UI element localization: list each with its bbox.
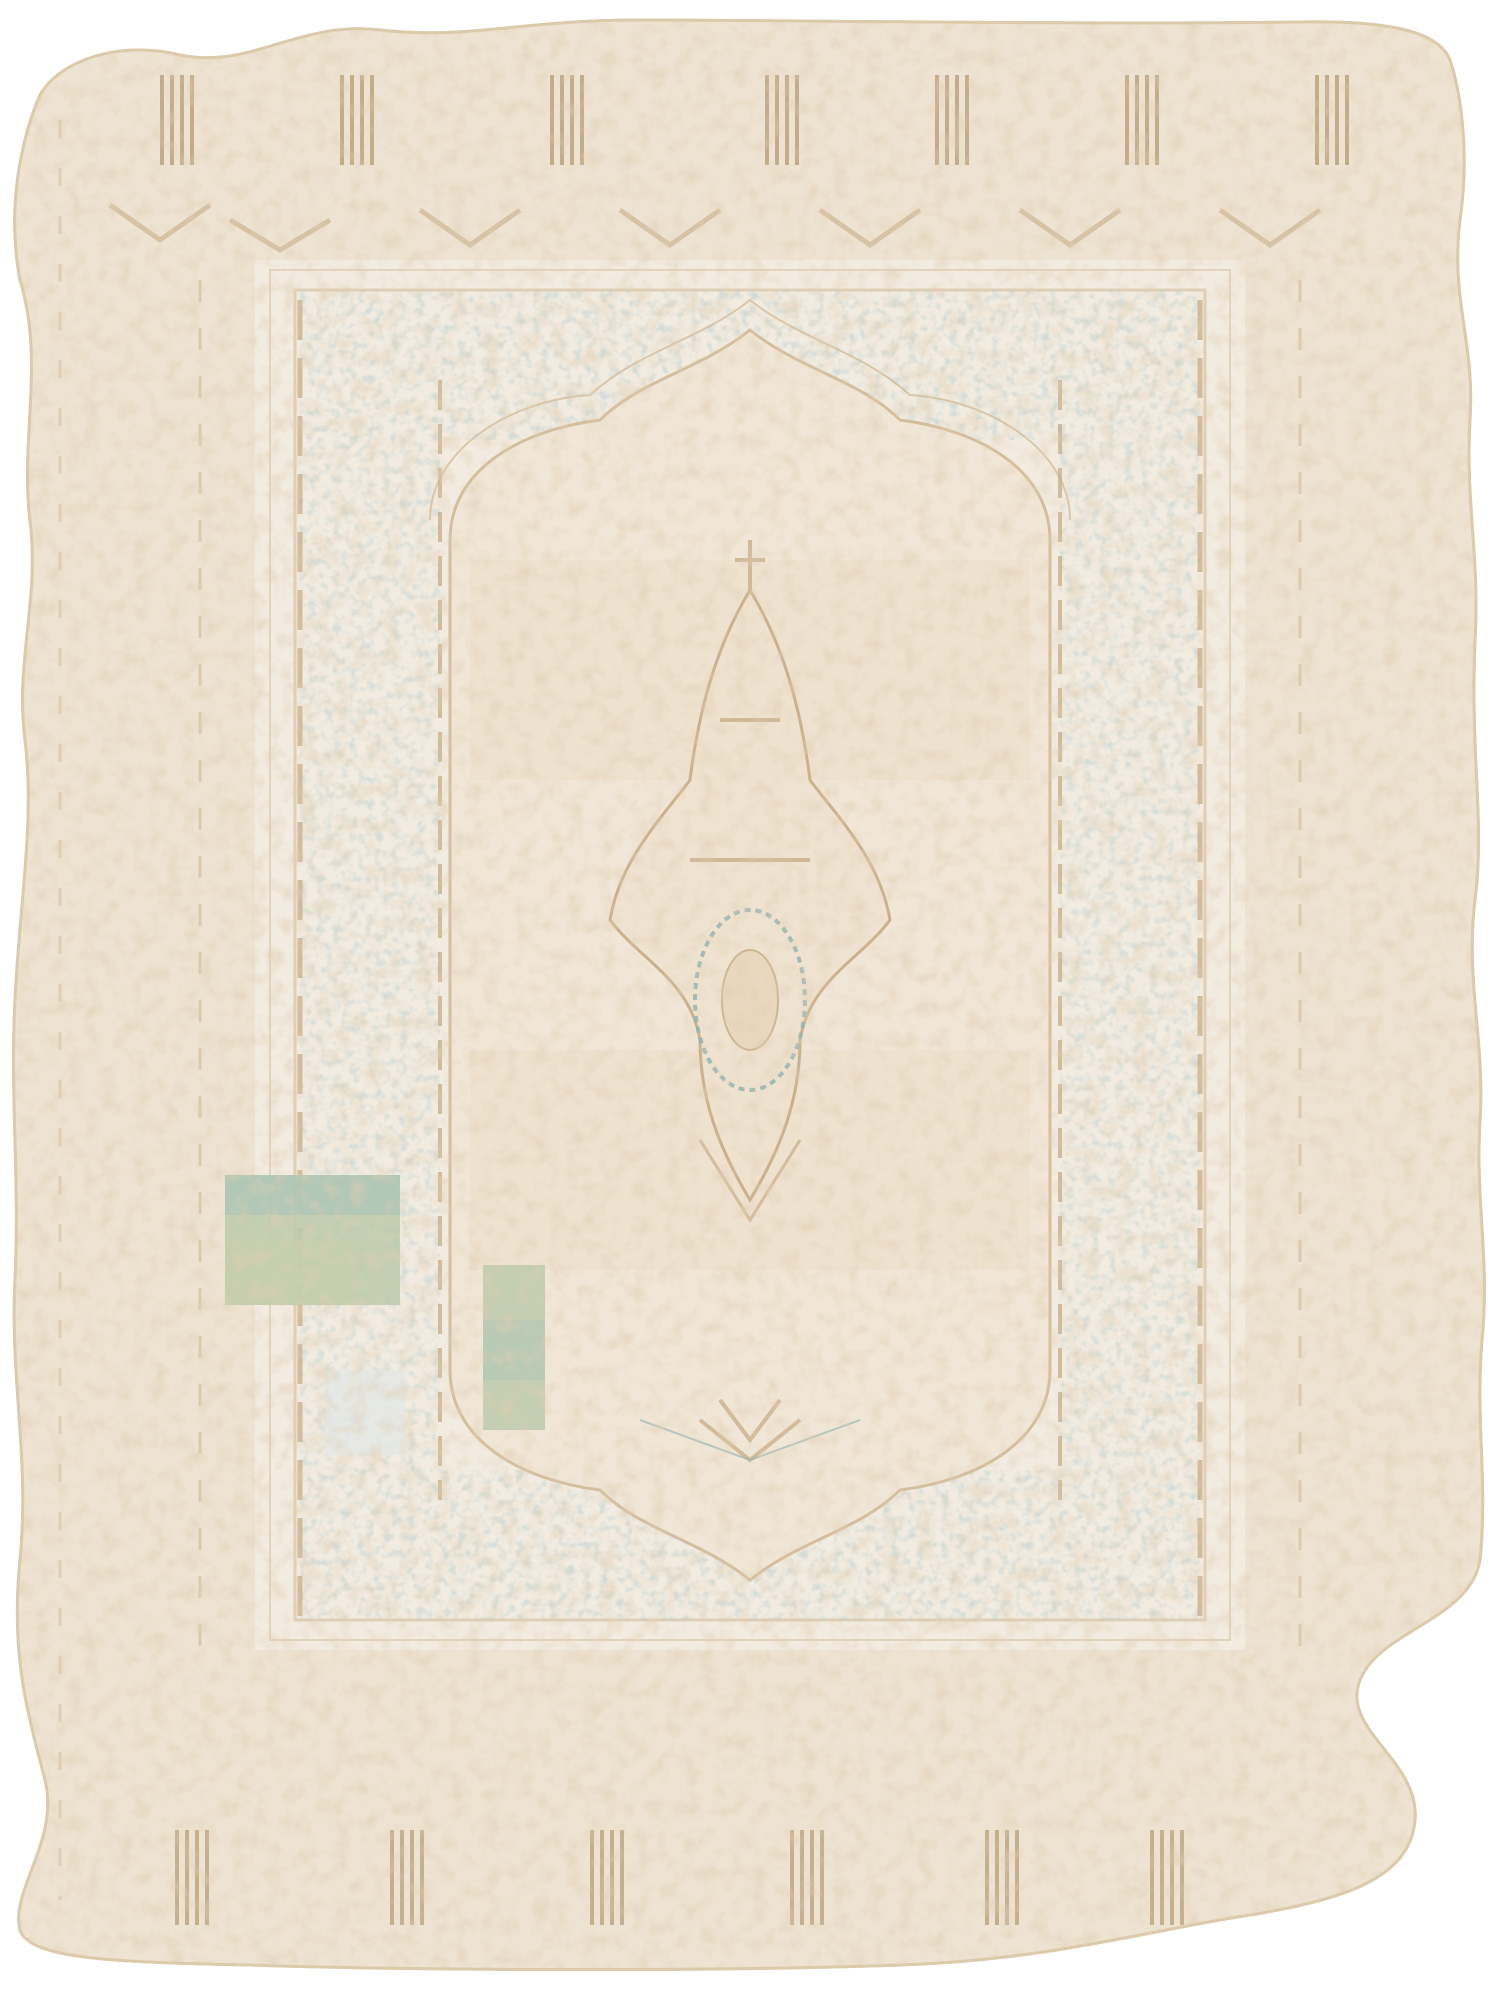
rug-illustration [0,0,1498,2000]
rug-photo [0,0,1498,2000]
